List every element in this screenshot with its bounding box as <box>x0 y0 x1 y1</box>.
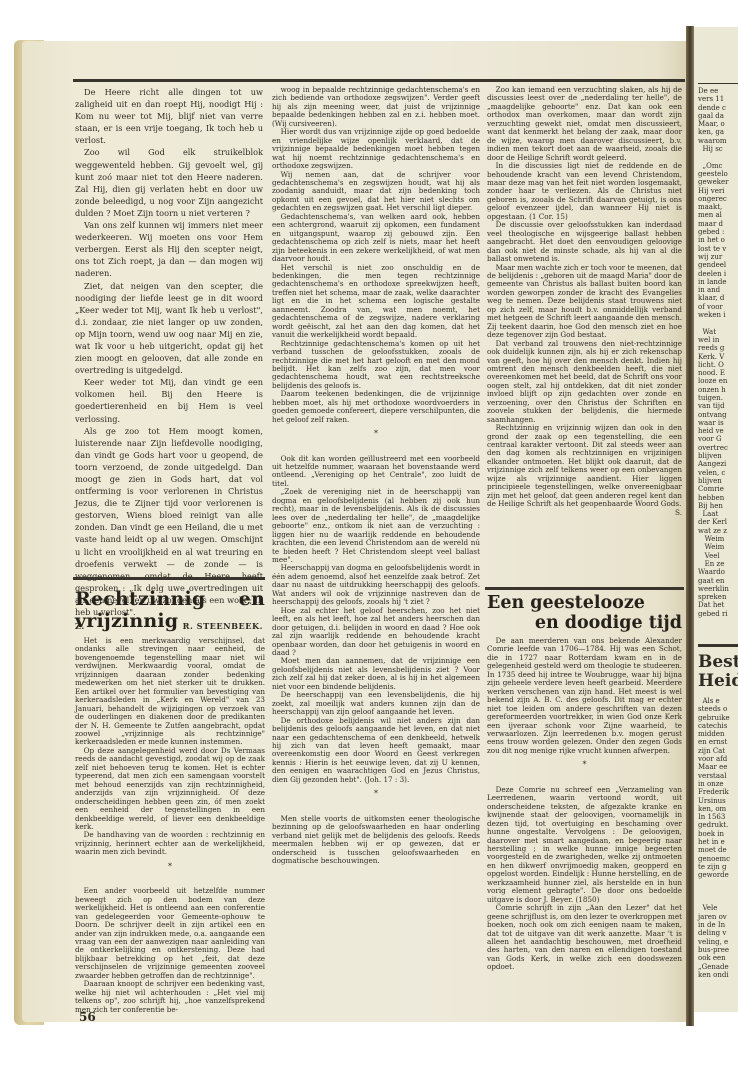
paragraph: Rechtzinnige gedachtenschema's komen op … <box>272 340 480 391</box>
paragraph: Ook dit kan worden geïllustreerd met een… <box>272 455 480 489</box>
article-title: Rechtzinnig en vrijzinnig <box>75 588 265 632</box>
separator-asterisk: * <box>487 761 682 769</box>
paragraph: Daarom teekenen bedenkingen, die de vrij… <box>272 390 480 424</box>
paragraph: Hoe zal echter het geloof heerschen, zoo… <box>272 607 480 658</box>
paragraph: woog in bepaalde rechtzinnige gedachtens… <box>272 86 480 128</box>
paragraph: De heerschappij van een levensbelijdenis… <box>272 691 480 716</box>
paragraph: Een ander voorbeeld uit hetzelfde nummer… <box>75 887 265 980</box>
paragraph: Op deze aangelegenheid werd door Ds Verm… <box>75 747 265 832</box>
section-rule-col1 <box>73 577 265 580</box>
paragraph: Heerschappij van dogma en geloofsbelijde… <box>272 564 480 606</box>
next-page-partial: De ee vers 11 dende c gaal da Maar, o ke… <box>694 27 738 1012</box>
paragraph: Maar men wachte zich er toch voor te mee… <box>487 264 682 340</box>
paragraph: Zoo wil God elk struikelblok weggewentel… <box>75 146 263 219</box>
article-text-continued: Een ander voorbeeld uit hetzelfde nummer… <box>75 887 265 1014</box>
section-rule-col3 <box>485 587 684 590</box>
paragraph: De aan meerderen van ons bekende Alexand… <box>487 637 682 755</box>
article-rechtzinnig-col3: Zoo kan iemand een verzuchting slaken, a… <box>487 86 682 517</box>
article-text: Het is een merkwaardig verschijnsel, dat… <box>75 637 265 857</box>
article-rechtzinnig-col2: woog in bepaalde rechtzinnige gedachtens… <box>272 86 480 865</box>
article-rechtzinnig-col1: Rechtzinnig en vrijzinnig Het is een mer… <box>75 588 265 1014</box>
paragraph: Het verschil is niet zoo onschuldig en d… <box>272 264 480 340</box>
meditation-text: De Heere richt alle dingen tot uw zaligh… <box>75 86 263 618</box>
next-page-heading-2: Heid <box>698 672 738 691</box>
paragraph: Zoo kan iemand een verzuchting slaken, a… <box>487 86 682 162</box>
paragraph: De handhaving van de woorden : rechtzinn… <box>75 831 265 856</box>
paragraph: Van ons zelf kunnen wij immers niet meer… <box>75 219 263 279</box>
paragraph: Keer weder tot Mij, dan vindt ge een vol… <box>75 376 263 424</box>
paragraph: Ziet, dat neigen van den scepter, die no… <box>75 280 263 377</box>
article-text-continued: Ook dit kan worden geïllustreerd met een… <box>272 455 480 785</box>
header-rule <box>73 79 685 82</box>
article-text: woog in bepaalde rechtzinnige gedachtens… <box>272 86 480 424</box>
paragraph: Moet men dan aannemen, dat de vrijzinnig… <box>272 657 480 691</box>
paragraph: De Heere richt alle dingen tot uw zaligh… <box>75 86 263 146</box>
article-geestelooze: Een geestelooze en doodige tijd De aan m… <box>487 593 682 972</box>
paragraph: De discussie over geloofsstukken kan ind… <box>487 221 682 263</box>
separator-asterisk: * <box>272 790 480 798</box>
article-title-line2: en doodige tijd <box>487 613 682 633</box>
paragraph: Men stelle voorts de uitkomsten eener th… <box>272 815 480 866</box>
paragraph: Gedachtenschema's, van welken aard ook, … <box>272 213 480 264</box>
next-page-text-top: De ee vers 11 dende c gaal da Maar, o ke… <box>698 87 729 618</box>
book-gutter <box>686 26 694 1026</box>
paragraph: Dat verband zal trouwens den niet-rechtz… <box>487 340 682 425</box>
paragraph: Hier wordt dus van vrijzinnige zijde op … <box>272 128 480 170</box>
top-rule <box>698 83 738 84</box>
paragraph: De orthodoxe belijdenis wil niet anders … <box>272 717 480 785</box>
paragraph: Rechtzinnig en vrijzinnig wijzen dan ook… <box>487 424 682 509</box>
separator-asterisk: * <box>272 430 480 438</box>
paragraph: Wij nemen aan, dat de schrijver voor ged… <box>272 171 480 213</box>
article-title-line1: Een geestelooze <box>487 593 682 613</box>
section-rule <box>698 644 738 647</box>
separator-asterisk: * <box>75 863 265 871</box>
article-signature: S. <box>487 509 682 517</box>
paragraph: Het is een merkwaardig verschijnsel, dat… <box>75 637 265 747</box>
paragraph: Daaraan knoopt de schrijver een bedenkin… <box>75 980 265 1014</box>
paragraph: „Zoek de vereniging niet in de heerschap… <box>272 488 480 564</box>
paragraph: Deze Comrie nu schreef een „Verzameling … <box>487 786 682 904</box>
article-text-continued: Deze Comrie nu schreef een „Verzameling … <box>487 786 682 972</box>
next-page-text-bottom: Als e steeds o gebruike catechis midden … <box>698 697 730 979</box>
article-text: De aan meerderen van ons bekende Alexand… <box>487 637 682 755</box>
article-text: Zoo kan iemand een verzuchting slaken, a… <box>487 86 682 509</box>
paragraph: In die discussies ligt niet de reddende … <box>487 162 682 221</box>
paragraph: Comrie schrijft in zijn „Aan den Lezer" … <box>487 904 682 972</box>
next-page-heading-1: Bestr <box>698 653 738 672</box>
article-text-final: Men stelle voorts de uitkomsten eener th… <box>272 815 480 866</box>
page-number: 56 <box>79 1010 96 1024</box>
meditation-column: De Heere richt alle dingen tot uw zaligh… <box>75 86 263 632</box>
